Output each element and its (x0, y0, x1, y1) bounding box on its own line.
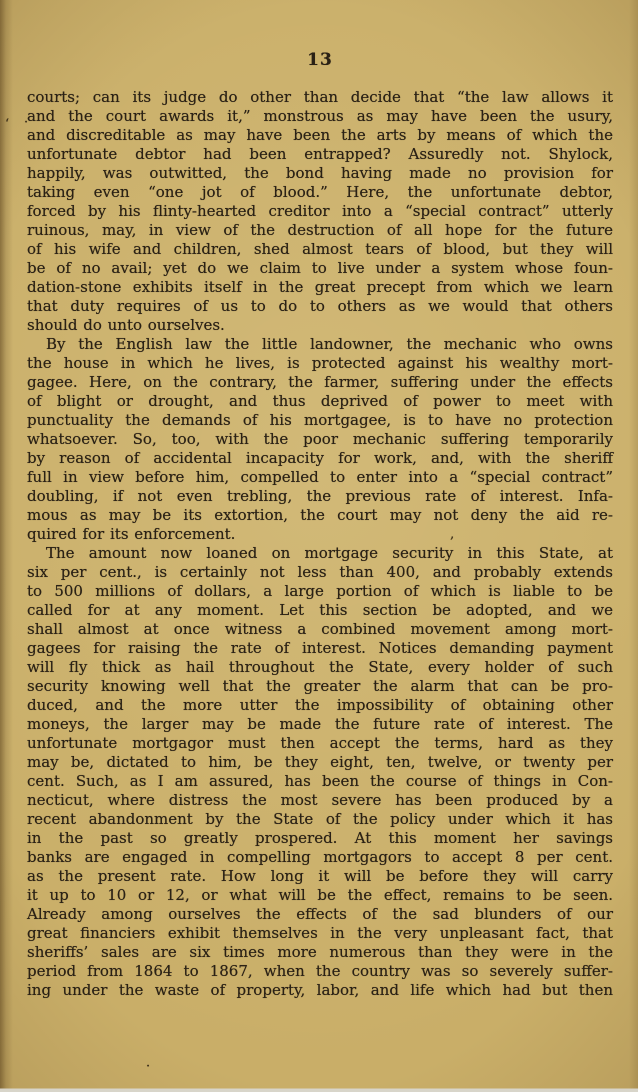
text-line: full in view before him, compelled to en… (27, 468, 613, 487)
text-line: shall almost at once witness a combined … (27, 620, 613, 639)
text-line: forced by his flinty-hearted creditor in… (27, 202, 613, 221)
text-line: Already among ourselves the effects of t… (27, 905, 613, 924)
text-line: By the English law the little landowner,… (27, 335, 613, 354)
text-line: should do unto ourselves. (27, 316, 613, 335)
text-line: necticut, where distress the most severe… (27, 791, 613, 810)
text-line: be of no avail; yet do we claim to live … (27, 259, 613, 278)
text-line: dation-stone exhibits itself in the grea… (27, 278, 613, 297)
text-line: The amount now loaned on mortgage securi… (27, 544, 613, 563)
text-line: will fly thick as hail throughout the St… (27, 658, 613, 677)
text-line: as the present rate. How long it will be… (27, 867, 613, 886)
page-number: 13 (27, 50, 613, 70)
ink-speck: ‘ (5, 118, 9, 131)
text-line: taking even “one jot of blood.” Here, th… (27, 183, 613, 202)
text-line: and discreditable as may have been the a… (27, 126, 613, 145)
text-line: ruinous, may, in view of the destruction… (27, 221, 613, 240)
text-line: courts; can its judge do other than deci… (27, 88, 613, 107)
paragraph: The amount now loaned on mortgage securi… (27, 544, 613, 1000)
paragraph: courts; can its judge do other than deci… (27, 88, 613, 335)
text-line: cent. Such, as I am assured, has been th… (27, 772, 613, 791)
text-line: sheriffs’ sales are six times more numer… (27, 943, 613, 962)
text-line: by reason of accidental incapacity for w… (27, 449, 613, 468)
text-line: mous as may be its extortion, the court … (27, 506, 613, 525)
text-line: gagees for raising the rate of interest.… (27, 639, 613, 658)
text-line: unfortunate mortgagor must then accept t… (27, 734, 613, 753)
text-line: doubling, if not even trebling, the prev… (27, 487, 613, 506)
text-line: recent abandonment by the State of the p… (27, 810, 613, 829)
text-line: quired for its enforcement. (27, 525, 613, 544)
paragraph: By the English law the little landowner,… (27, 335, 613, 544)
text-line: happily, was outwitted, the bond having … (27, 164, 613, 183)
text-line: and the court awards it,” monstrous as m… (27, 107, 613, 126)
text-line: ing under the waste of property, labor, … (27, 981, 613, 1000)
ink-speck: · (146, 1060, 150, 1073)
text-line: of blight or drought, and thus deprived … (27, 392, 613, 411)
ink-speck: ‚ (450, 528, 454, 541)
text-line: may be, dictated to him, be they eight, … (27, 753, 613, 772)
text-line: six per cent., is certainly not less tha… (27, 563, 613, 582)
text-line: duced, and the more utter the impossibil… (27, 696, 613, 715)
text-line: punctuality the demands of his mortgagee… (27, 411, 613, 430)
text-line: security knowing well that the greater t… (27, 677, 613, 696)
scanned-book-page: 13 courts; can its judge do other than d… (0, 0, 638, 1092)
text-line: to 500 millions of dollars, a large port… (27, 582, 613, 601)
page-text: courts; can its judge do other than deci… (27, 88, 613, 1000)
text-line: great financiers exhibit themselves in t… (27, 924, 613, 943)
ink-speck: · (24, 116, 28, 129)
text-line: unfortunate debtor had been entrapped? A… (27, 145, 613, 164)
text-line: that duty requires of us to do to others… (27, 297, 613, 316)
text-line: called for at any moment. Let this secti… (27, 601, 613, 620)
text-line: banks are engaged in compelling mortgago… (27, 848, 613, 867)
text-line: it up to 10 or 12, or what will be the e… (27, 886, 613, 905)
text-line: moneys, the larger may be made the futur… (27, 715, 613, 734)
text-line: of his wife and children, shed almost te… (27, 240, 613, 259)
text-line: period from 1864 to 1867, when the count… (27, 962, 613, 981)
text-line: whatsoever. So, too, with the poor mecha… (27, 430, 613, 449)
text-line: gagee. Here, on the contrary, the farmer… (27, 373, 613, 392)
text-line: in the past so greatly prospered. At thi… (27, 829, 613, 848)
text-line: the house in which he lives, is protecte… (27, 354, 613, 373)
